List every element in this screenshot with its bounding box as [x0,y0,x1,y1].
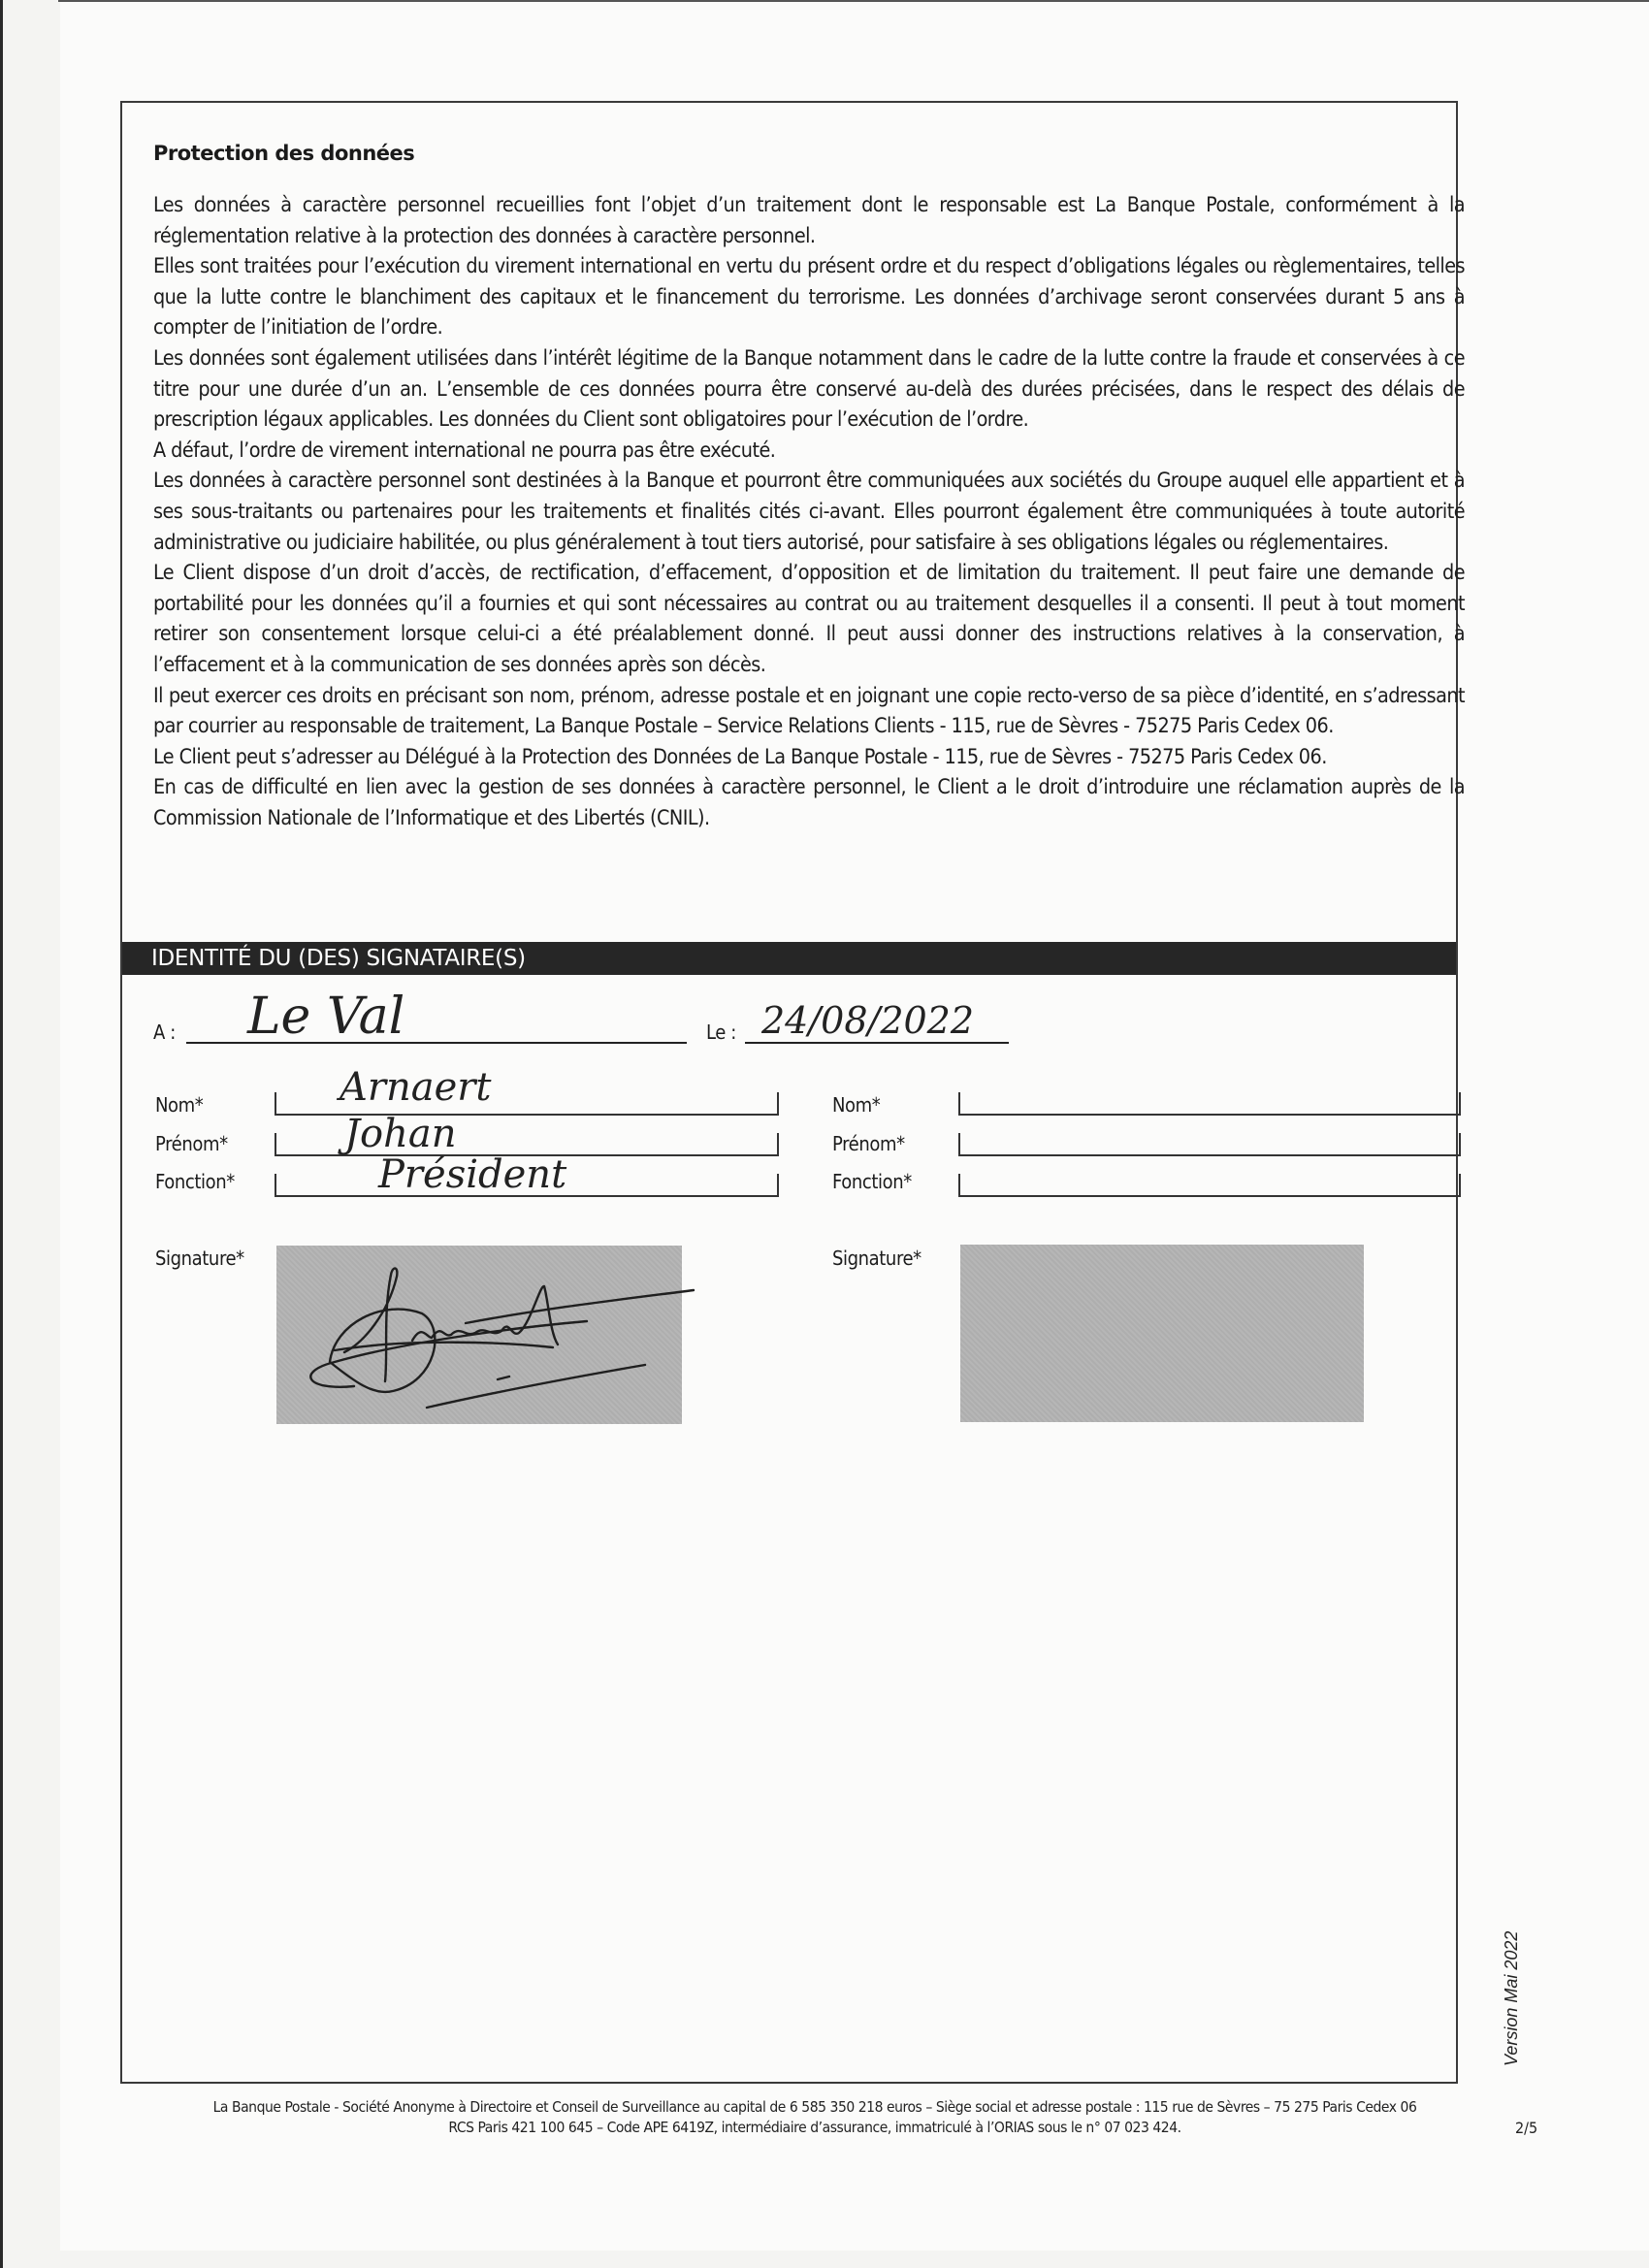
footer-legal: La Banque Postale - Société Anonyme à Di… [136,2097,1494,2138]
signatory-2-fonction-field[interactable] [958,1174,1461,1197]
date-field[interactable] [745,1042,1009,1044]
privacy-paragraph: Les données à caractère personnel recuei… [153,190,1465,251]
version-label: Version Mai 2022 [1502,1931,1522,2066]
signatory-1-prenom-value: Johan [344,1112,457,1156]
signatory-1-fonction-value: Président [378,1152,566,1197]
signatory-2-prenom-label: Prénom* [832,1132,905,1155]
signatory-2-prenom-field[interactable] [958,1133,1461,1156]
signatory-2-signature-label: Signature* [832,1247,921,1270]
date-label: Le : [706,1021,736,1044]
signatory-1-signature-box[interactable] [276,1246,682,1424]
signatory-1-nom-value: Arnaert [339,1065,491,1110]
scan-edge [0,0,3,2268]
signatory-2-fonction-label: Fonction* [832,1170,912,1193]
privacy-text: Les données à caractère personnel recuei… [153,190,1465,833]
privacy-paragraph: Le Client peut s’adresser au Délégué à l… [153,742,1465,773]
privacy-paragraph: A défaut, l’ordre de virement internatio… [153,436,1465,467]
signatory-2-signature-box[interactable] [960,1245,1364,1422]
date-value: 24/08/2022 [761,999,974,1042]
footer-line-1: La Banque Postale - Société Anonyme à Di… [136,2097,1494,2118]
privacy-paragraph: Les données à caractère personnel sont d… [153,466,1465,558]
signatory-1-nom-label: Nom* [155,1093,203,1117]
signature-scribble-icon [276,1246,732,1424]
footer-line-2: RCS Paris 421 100 645 – Code APE 6419Z, … [136,2118,1494,2138]
privacy-paragraph: En cas de difficulté en lien avec la ges… [153,772,1465,833]
privacy-paragraph: Les données sont également utilisées dan… [153,343,1465,436]
privacy-paragraph: Le Client dispose d’un droit d’accès, de… [153,558,1465,680]
place-label: A : [153,1021,176,1044]
privacy-paragraph: Elles sont traitées pour l’exécution du … [153,251,1465,343]
signatory-1-prenom-label: Prénom* [155,1132,228,1155]
page-number: 2/5 [1515,2119,1537,2137]
privacy-paragraph: Il peut exercer ces droits en précisant … [153,681,1465,742]
signatory-2-nom-field[interactable] [958,1092,1461,1116]
section-title: Protection des données [153,142,414,165]
signatory-1-signature-label: Signature* [155,1247,244,1270]
signatory-section-header: IDENTITÉ DU (DES) SIGNATAIRE(S) [122,942,1456,975]
place-value: Le Val [247,988,404,1046]
signatory-2-nom-label: Nom* [832,1093,880,1117]
signatory-1-fonction-label: Fonction* [155,1170,235,1193]
